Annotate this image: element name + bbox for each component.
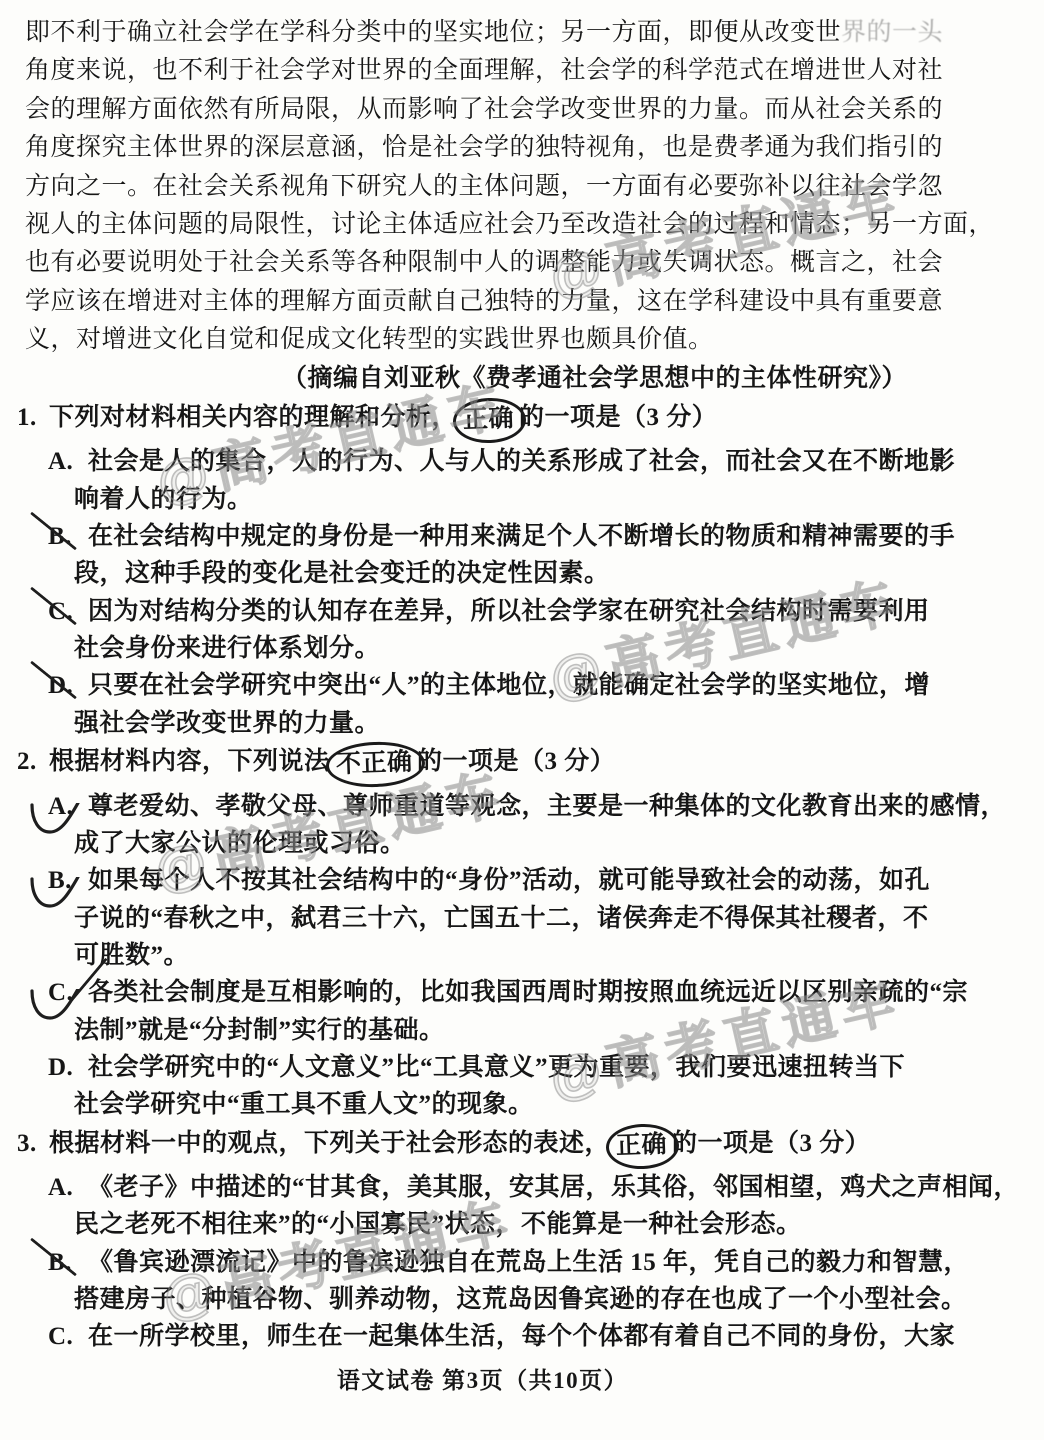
option-1d: D.只要在社会学研究中突出“人”的主体地位，就能确定社会学的坚实地位，增 强社会… [25,667,1035,742]
page-content: 即不利于确立社会学在学科分类中的坚实地位；另一方面，即便从改变世界的一头 角度来… [25,14,1035,1396]
option-1b: B.在社会结构中规定的身份是一种用来满足个人不断增长的物质和精神需要的手 段，这… [25,518,1035,593]
question-number: 2. [17,743,49,780]
handwritten-circle-mark: 不正确 [325,740,425,789]
option-2c: C.各类社会制度是互相影响的，比如我国西周时期按照血统远近以区别亲疏的“宗 法制… [25,974,1035,1049]
option-letter: C. [48,1318,78,1355]
questions-section: 1.下列对材料相关内容的理解和分析，正确的一项是（3 分） A.社会是人的集合，… [25,398,1035,1356]
material-line-1: 即不利于确立社会学在学科分类中的坚实地位；另一方面，即便从改变世界的一头 [25,14,1035,52]
option-letter: A. [48,1169,78,1206]
question-3-stem: 3.根据材料一中的观点，下列关于社会形态的表述，正确的一项是（3 分） [17,1124,1035,1169]
question-number: 1. [17,399,49,436]
option-1a: A.社会是人的集合，人的行为、人与人的关系形成了社会，而社会又在不断地影 响着人… [25,443,1035,518]
stem-text: 根据材料内容，下列说法 [49,748,330,775]
stem-text: 的一项是（3 分） [417,748,615,775]
option-2b: B.如果每个人不按其社会结构中的“身份”活动，就可能导致社会的动荡，如孔 子说的… [25,862,1035,974]
material-body: 角度来说，也不利于社会学对世界的全面理解，社会学的科学范式在增进世人对社 会的理… [25,52,1035,359]
handwritten-circle-mark: 正确 [452,397,527,445]
option-3c: C.在一所学校里，师生在一起集体生活，每个个体都有着自己不同的身份，大家 [25,1318,1035,1355]
material-citation: （摘编自刘亚秋《费孝通社会学思想中的主体性研究》） [25,360,1035,398]
option-2d: D.社会学研究中的“人文意义”比“工具意义”更为重要，我们要迅速扭转当下 社会学… [25,1049,1035,1124]
option-text: 如果每个人不按其社会结构中的“身份”活动，就可能导致社会的动荡，如孔 子说的“春… [74,867,930,969]
question-2: 2.根据材料内容，下列说法不正确的一项是（3 分） A.尊老爱幼、孝敬父母、尊师… [25,742,1035,1123]
stem-text: 的一项是（3 分） [672,1130,870,1157]
option-letter: D. [48,667,78,704]
option-text: 在一所学校里，师生在一起集体生活，每个个体都有着自己不同的身份，大家 [88,1323,955,1350]
option-text: 《老子》中描述的“甘其食，美其服，安其居，乐其俗，邻国相望，鸡犬之声相闻， 民之… [74,1174,1019,1238]
question-1: 1.下列对材料相关内容的理解和分析，正确的一项是（3 分） A.社会是人的集合，… [25,398,1035,742]
stem-text: 下列对材料相关内容的理解和分析， [49,404,457,431]
question-1-stem: 1.下列对材料相关内容的理解和分析，正确的一项是（3 分） [17,398,1035,443]
option-letter: C. [48,593,78,630]
option-2a: A.尊老爱幼、孝敬父母、尊师重道等观念，主要是一种集体的文化教育出来的感情， 成… [25,788,1035,863]
option-3b: B.《鲁宾逊漂流记》中的鲁滨逊独自在荒岛上生活 15 年，凭自己的毅力和智慧， … [25,1244,1035,1319]
option-text: 因为对结构分类的认知存在差异，所以社会学家在研究社会结构时需要利用 社会身份来进… [74,598,930,662]
option-text: 社会学研究中的“人文意义”比“工具意义”更为重要，我们要迅速扭转当下 社会学研究… [74,1054,905,1118]
option-letter: D. [48,1049,78,1086]
option-text: 尊老爱幼、孝敬父母、尊师重道等观念，主要是一种集体的文化教育出来的感情， 成了大… [74,793,1006,857]
option-text: 社会是人的集合，人的行为、人与人的关系形成了社会，而社会又在不断地影 响着人的行… [74,448,955,512]
question-2-stem: 2.根据材料内容，下列说法不正确的一项是（3 分） [17,742,1035,787]
option-3a: A.《老子》中描述的“甘其食，美其服，安其居，乐其俗，邻国相望，鸡犬之声相闻， … [25,1169,1035,1244]
option-text: 只要在社会学研究中突出“人”的主体地位，就能确定社会学的坚实地位，增 强社会学改… [74,672,930,736]
material-line-1-faded: 界的一头 [841,19,943,46]
exam-paper-page: @高考直通车 @高考直通车 @高考直通车 @高考直通车 @高考直通车 @高考直通… [0,0,1044,1440]
handwritten-circle-mark: 正确 [605,1122,680,1170]
option-text: 各类社会制度是互相影响的，比如我国西周时期按照血统远近以区别亲疏的“宗 法制”就… [74,979,968,1043]
option-text: 在社会结构中规定的身份是一种用来满足个人不断增长的物质和精神需要的手 段，这种手… [74,523,955,587]
question-number: 3. [17,1125,49,1162]
stem-text: 根据材料一中的观点，下列关于社会形态的表述， [49,1130,610,1157]
stem-text: 的一项是（3 分） [519,404,717,431]
material-line-1-main: 即不利于确立社会学在学科分类中的坚实地位；另一方面，即便从改变世 [25,19,841,46]
option-letter: B. [48,862,78,899]
option-1c: C.因为对结构分类的认知存在差异，所以社会学家在研究社会结构时需要利用 社会身份… [25,593,1035,668]
option-letter: A. [48,443,78,480]
option-letter: B. [48,518,78,555]
option-letter: C. [48,974,78,1011]
option-letter: A. [48,788,78,825]
reading-material: 即不利于确立社会学在学科分类中的坚实地位；另一方面，即便从改变世界的一头 角度来… [25,14,1035,398]
question-3: 3.根据材料一中的观点，下列关于社会形态的表述，正确的一项是（3 分） A.《老… [25,1124,1035,1356]
option-text: 《鲁宾逊漂流记》中的鲁滨逊独自在荒岛上生活 15 年，凭自己的毅力和智慧， 搭建… [74,1249,969,1313]
option-letter: B. [48,1244,78,1281]
page-footer: 语文试卷 第3页（共10页） [25,1366,940,1396]
